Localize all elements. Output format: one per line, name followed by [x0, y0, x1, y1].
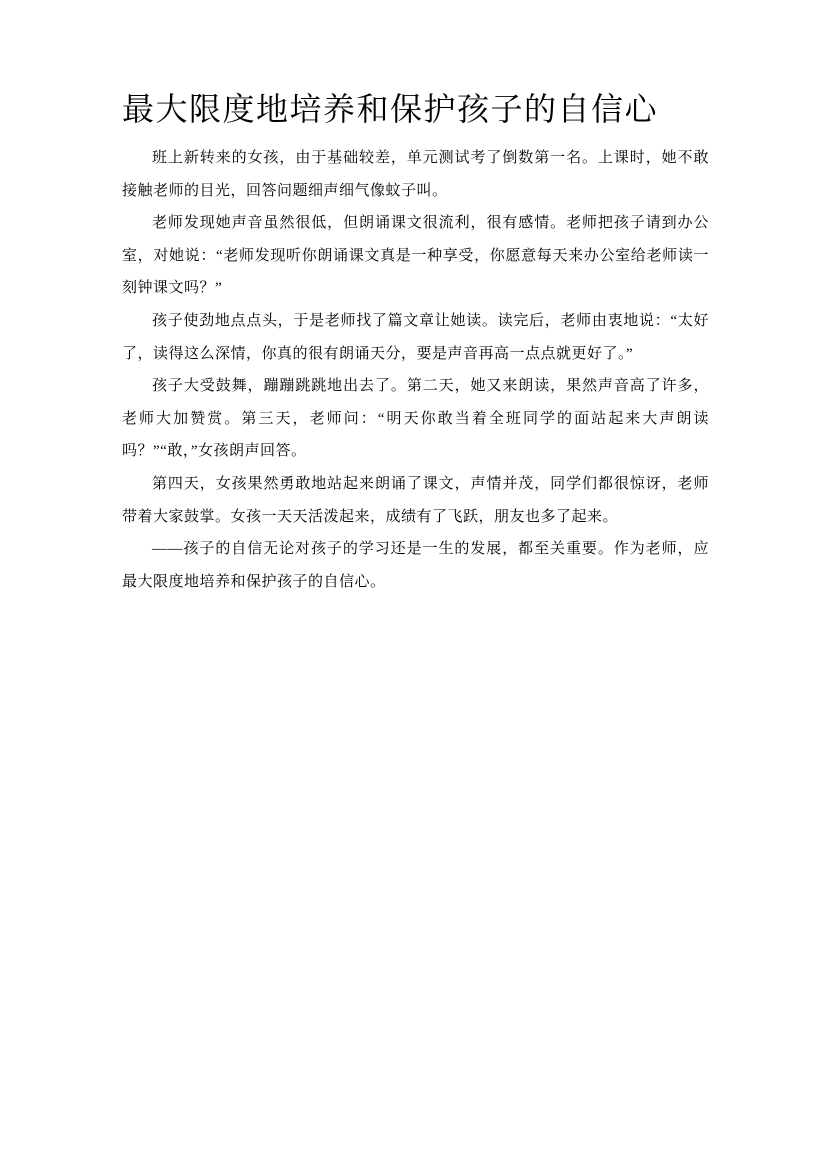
paragraph-class-reading: 第四天，女孩果然勇敢地站起来朗诵了课文，声情并茂，同学们都很惊讶，老师带着大家鼓…	[122, 468, 709, 533]
document-title: 最大限度地培养和保护孩子的自信心	[122, 86, 709, 132]
paragraph-teacher-invitation: 老师发现她声音虽然很低，但朗诵课文很流利，很有感情。老师把孩子请到办公室，对她说…	[122, 207, 709, 305]
paragraph-first-reading: 孩子使劲地点点头，于是老师找了篇文章让她读。读完后，老师由衷地说：“太好了，读得…	[122, 305, 709, 370]
paragraph-encouragement: 孩子大受鼓舞，蹦蹦跳跳地出去了。第二天，她又来朗读，果然声音高了许多，老师大加赞…	[122, 370, 709, 468]
document-page: 最大限度地培养和保护孩子的自信心 班上新转来的女孩，由于基础较差，单元测试考了倒…	[0, 0, 827, 1169]
paragraph-intro-girl: 班上新转来的女孩，由于基础较差，单元测试考了倒数第一名。上课时，她不敢接触老师的…	[122, 142, 709, 207]
paragraph-conclusion: ——孩子的自信无论对孩子的学习还是一生的发展，都至关重要。作为老师，应最大限度地…	[122, 533, 709, 598]
